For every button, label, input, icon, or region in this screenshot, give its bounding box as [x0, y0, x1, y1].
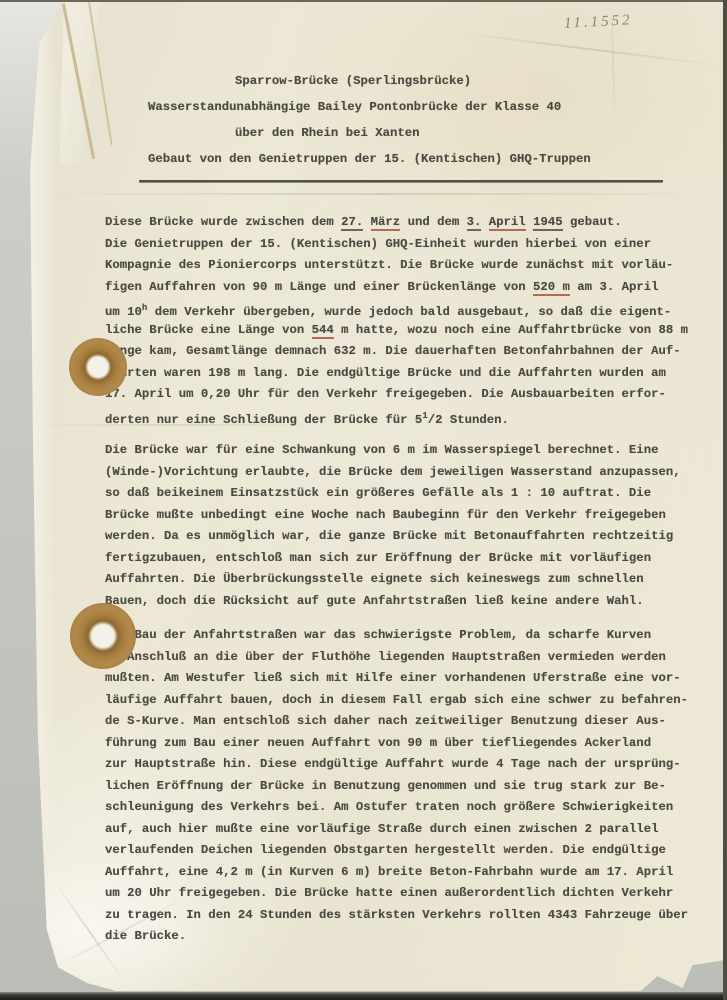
text-segment: liche Brücke eine Länge von: [105, 323, 312, 337]
text-segment: lichen Eröffnung der Brücke in Benutzung…: [105, 779, 666, 793]
text-segment: Die Brücke war für eine Schwankung von 6…: [105, 443, 658, 457]
text-segment: Länge kam, Gesamtlänge demnach 632 m. Di…: [105, 344, 681, 358]
text-segment: Diese Brücke wurde zwischen dem: [105, 215, 341, 229]
text-line: führung zum Bau einer neuen Auffahrt von…: [105, 733, 715, 755]
text-line: im Anschluß an die über der Fluthöhe lie…: [105, 647, 715, 669]
text-segment: zur Hauptstraße hin. Diese endgültige Au…: [105, 757, 681, 771]
document-title: Sparrow-Brücke (Sperlingsbrücke): [105, 68, 711, 94]
text-segment: derten nur eine Schließung der Brücke fü…: [105, 413, 422, 427]
text-segment: [481, 215, 488, 229]
text-segment: fahrten waren 198 m lang. Die endgültige…: [105, 366, 666, 380]
text-segment: zu tragen. In den 24 Stunden des stärkst…: [105, 908, 688, 922]
underlined-text: 3.: [467, 215, 482, 231]
text-segment: gebaut.: [563, 215, 622, 229]
text-line: auf, auch hier mußte eine vorläufige Str…: [105, 819, 715, 841]
text-line: liche Brücke eine Länge von 544 m hatte,…: [105, 320, 715, 342]
text-line: de S-Kurve. Man entschloß sich daher nac…: [105, 711, 715, 733]
text-line: Kompagnie des Pioniercorps unterstützt. …: [105, 255, 715, 277]
text-segment: führung zum Bau einer neuen Auffahrt von…: [105, 736, 651, 750]
text-line: derten nur eine Schließung der Brücke fü…: [105, 406, 715, 428]
document-subtitle: Wasserstandunabhängige Bailey Pontonbrüc…: [105, 94, 711, 120]
text-line: schleunigung des Verkehrs bei. Am Ostufe…: [105, 797, 715, 819]
paper-sheet: 11.1552 Sparrow-Brücke (Sperlingsbrücke)…: [26, 2, 723, 991]
text-line: Länge kam, Gesamtlänge demnach 632 m. Di…: [105, 341, 715, 363]
hole-punch-ring: [69, 338, 127, 396]
document-body: Diese Brücke wurde zwischen dem 27. März…: [105, 212, 715, 961]
text-line: so daß beikeinem Einsatzstück ein größer…: [105, 483, 715, 505]
crease-line: [32, 193, 722, 195]
text-segment: /2 Stunden.: [428, 413, 509, 427]
text-line: werden. Da es unmöglich war, die ganze B…: [105, 526, 715, 548]
text-line: fertigzubauen, entschloß man sich zur Er…: [105, 548, 715, 570]
text-line: um 10h dem Verkehr übergeben, wurde jedo…: [105, 298, 715, 320]
title-block: Sparrow-Brücke (Sperlingsbrücke) Wassers…: [105, 68, 711, 183]
scan-edge-right: [723, 0, 727, 1000]
document-subtitle-location: über den Rhein bei Xanten: [105, 120, 711, 146]
text-line: die Brücke.: [105, 926, 715, 948]
text-line: zur Hauptstraße hin. Diese endgültige Au…: [105, 754, 715, 776]
text-segment: am 3. April: [570, 280, 659, 294]
text-line: lichen Eröffnung der Brücke in Benutzung…: [105, 776, 715, 798]
text-segment: [526, 215, 533, 229]
text-segment: werden. Da es unmöglich war, die ganze B…: [105, 529, 673, 543]
crease-line: [457, 32, 720, 66]
text-segment: dem Verkehr übergeben, wurde jedoch bald…: [147, 305, 671, 319]
text-line: Bauen, doch die Rücksicht auf gute Anfah…: [105, 591, 715, 613]
text-line: 17. April um 0,20 Uhr für den Verkehr fr…: [105, 384, 715, 406]
text-line: Die Genietruppen der 15. (Kentischen) GH…: [105, 234, 715, 256]
text-segment: und dem: [400, 215, 466, 229]
text-segment: 17. April um 0,20 Uhr für den Verkehr fr…: [105, 387, 666, 401]
text-segment: im Anschluß an die über der Fluthöhe lie…: [105, 650, 666, 664]
underlined-text: 520 m: [533, 280, 570, 296]
scan-edge-bottom: [0, 992, 727, 1000]
text-line: zu tragen. In den 24 Stunden des stärkst…: [105, 905, 715, 927]
handwritten-annotation: 11.1552: [564, 12, 633, 33]
underlined-text: März: [371, 215, 401, 231]
text-segment: Der Bau der Anfahrtstraßen war das schwi…: [105, 628, 651, 642]
underlined-text: April: [489, 215, 526, 231]
text-line: fahrten waren 198 m lang. Die endgültige…: [105, 363, 715, 385]
text-segment: de S-Kurve. Man entschloß sich daher nac…: [105, 714, 666, 728]
text-line: Brücke mußte unbedingt eine Woche nach B…: [105, 505, 715, 527]
text-line: um 20 Uhr freigegeben. Die Brücke hatte …: [105, 883, 715, 905]
underlined-text: 1945: [533, 215, 563, 231]
text-line: (Winde-)Vorichtung erlaubte, die Brücke …: [105, 462, 715, 484]
text-line: figen Auffahren von 90 m Länge und einer…: [105, 277, 715, 299]
text-segment: auf, auch hier mußte eine vorläufige Str…: [105, 822, 658, 836]
text-segment: m hatte, wozu noch eine Auffahrtbrücke v…: [334, 323, 688, 337]
text-segment: mußten. Am Westufer ließ sich mit Hilfe …: [105, 671, 681, 685]
text-segment: Die Genietruppen der 15. (Kentischen) GH…: [105, 237, 651, 251]
text-segment: Bauen, doch die Rücksicht auf gute Anfah…: [105, 594, 644, 608]
text-segment: um 10: [105, 305, 142, 319]
text-segment: figen Auffahren von 90 m Länge und einer…: [105, 280, 533, 294]
hole-punch-ring: [70, 603, 136, 669]
text-segment: verlaufenden Deichen liegenden Obstgarte…: [105, 843, 666, 857]
text-line: Der Bau der Anfahrtstraßen war das schwi…: [105, 625, 715, 647]
text-line: verlaufenden Deichen liegenden Obstgarte…: [105, 840, 715, 862]
document-subtitle-builder: Gebaut von den Genietruppen der 15. (Ken…: [105, 146, 711, 172]
torn-left-edge: [26, 2, 56, 991]
text-line: läufige Auffahrt bauen, doch in diesem F…: [105, 690, 715, 712]
title-underline: [139, 180, 663, 183]
underlined-text: 27.: [341, 215, 363, 231]
text-line: mußten. Am Westufer ließ sich mit Hilfe …: [105, 668, 715, 690]
paragraph: Diese Brücke wurde zwischen dem 27. März…: [105, 212, 715, 427]
text-segment: die Brücke.: [105, 929, 186, 943]
text-segment: Auffahrten. Die Überbrückungsstelle eign…: [105, 572, 644, 586]
paragraph: Der Bau der Anfahrtstraßen war das schwi…: [105, 625, 715, 948]
text-segment: Kompagnie des Pioniercorps unterstützt. …: [105, 258, 673, 272]
text-segment: [363, 215, 370, 229]
underlined-text: 544: [312, 323, 334, 339]
text-line: Diese Brücke wurde zwischen dem 27. März…: [105, 212, 715, 234]
text-segment: läufige Auffahrt bauen, doch in diesem F…: [105, 693, 688, 707]
text-line: Die Brücke war für eine Schwankung von 6…: [105, 440, 715, 462]
text-segment: fertigzubauen, entschloß man sich zur Er…: [105, 551, 651, 565]
scanned-document-page: 11.1552 Sparrow-Brücke (Sperlingsbrücke)…: [0, 0, 727, 1000]
scan-edge-top: [0, 0, 727, 2]
text-segment: Brücke mußte unbedingt eine Woche nach B…: [105, 508, 666, 522]
text-segment: (Winde-)Vorichtung erlaubte, die Brücke …: [105, 465, 681, 479]
text-segment: so daß beikeinem Einsatzstück ein größer…: [105, 486, 651, 500]
text-segment: um 20 Uhr freigegeben. Die Brücke hatte …: [105, 886, 673, 900]
paragraph: Die Brücke war für eine Schwankung von 6…: [105, 440, 715, 612]
text-segment: schleunigung des Verkehrs bei. Am Ostufe…: [105, 800, 673, 814]
text-line: Auffahrten. Die Überbrückungsstelle eign…: [105, 569, 715, 591]
text-segment: Auffahrt, eine 4,2 m (in Kurven 6 m) bre…: [105, 865, 673, 879]
text-line: Auffahrt, eine 4,2 m (in Kurven 6 m) bre…: [105, 862, 715, 884]
